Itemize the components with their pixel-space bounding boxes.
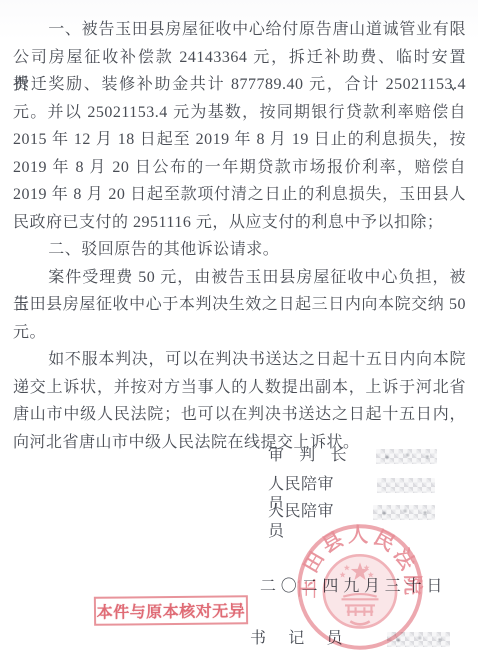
national-emblem-icon — [324, 555, 396, 627]
body-line: 二、驳回原告的其他诉讼请求。 — [13, 236, 466, 264]
assessor1-label: 人民陪审员 — [268, 475, 350, 495]
assessor2-label: 人民陪审员 — [268, 502, 350, 522]
body-line: 元。 — [13, 319, 466, 347]
body-line: 2019 年 8 月 20 日起至款项付清之日止的利息损失，玉田县人 — [13, 181, 466, 209]
body-line: 唐山市中级人民法院；也可以在判决书送达之日起十五日内， — [13, 401, 466, 429]
body-line: 玉田县房屋征收中心于本判决生效之日起三日内向本院交纳 50 — [13, 291, 466, 319]
court-seal: 玉田县人民法院 — [294, 521, 426, 653]
body-line: 2019 年 8 月 20 日公布的一年期贷款市场报价利率，赔偿自 — [13, 154, 466, 182]
body-line: 如不服本判决，可以在判决书送达之日起十五日内向本院 — [13, 346, 466, 374]
body-line: 元。并以 25021153.4 元为基数，按同期银行贷款利率赔偿自 — [13, 99, 466, 127]
assessor1-name-redacted — [377, 478, 435, 493]
body-line: 2015 年 12 月 18 日起至 2019 年 8 月 19 日止的利息损失… — [13, 126, 466, 154]
verification-stamp: 本件与原本核对无异 — [94, 595, 248, 626]
body-line: 一、被告玉田县房屋征收中心给付原告唐山道诚管业有限 — [13, 16, 466, 44]
presiding-judge-name-redacted — [376, 449, 437, 464]
assessor2-name-redacted — [373, 505, 435, 520]
body-line: 公司房屋征收补偿款 24143364 元，拆迁补助费、临时安置费、 — [13, 44, 466, 72]
body-line: 民政府已支付的 2951116 元，从应支付的利息中予以扣除； — [13, 209, 466, 237]
body-line: 递交上诉状，并按对方当事人的人数提出副本，上诉于河北省 — [13, 374, 466, 402]
judgment-page: 一、被告玉田县房屋征收中心给付原告唐山道诚管业有限 公司房屋征收补偿款 2414… — [0, 0, 478, 664]
judgment-body-text: 一、被告玉田县房屋征收中心给付原告唐山道诚管业有限 公司房屋征收补偿款 2414… — [13, 16, 466, 456]
body-line: 拆迁奖励、装修补助金共计 877789.40 元，合计 25021153.4 — [13, 71, 466, 99]
body-line: 案件受理费 50 元，由被告玉田县房屋征收中心负担，被告 — [13, 264, 466, 292]
presiding-judge-label: 审判长 — [268, 446, 347, 466]
